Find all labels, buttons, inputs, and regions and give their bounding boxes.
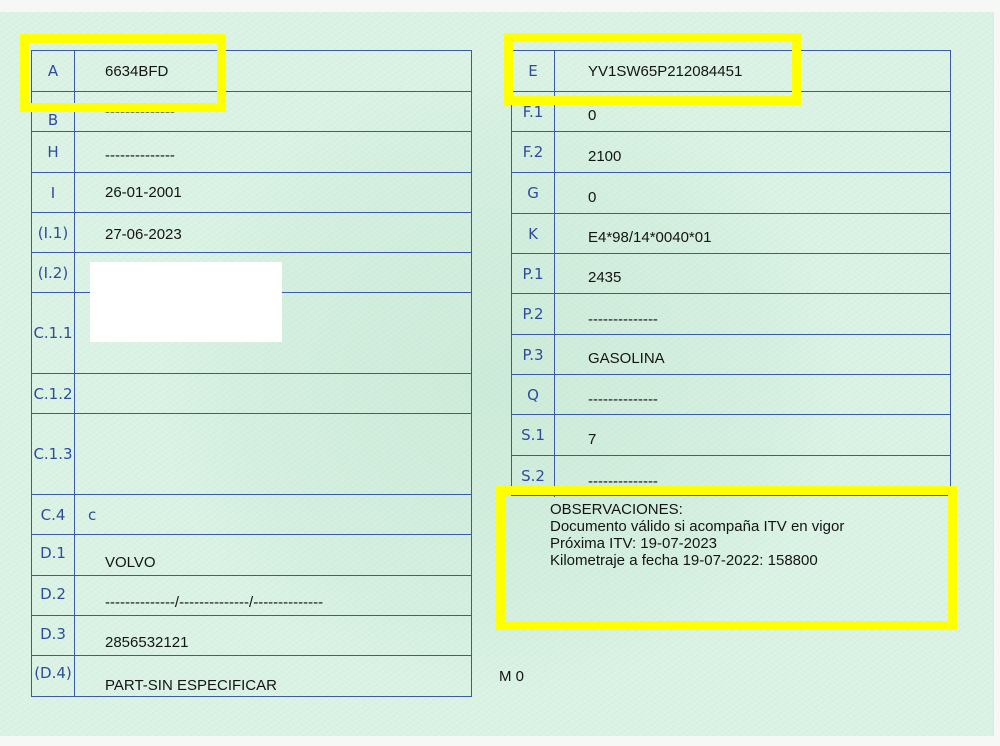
field-code: (I.2): [32, 253, 75, 292]
field-code: S.1: [512, 415, 555, 455]
field-row-h: H --------------: [32, 132, 471, 173]
footer-code: M 0: [499, 668, 524, 685]
redacted-owner-block: [90, 262, 282, 342]
field-value: 2100: [588, 132, 950, 172]
field-code: D.1: [32, 535, 75, 575]
field-value: VOLVO: [105, 535, 471, 575]
field-row-p1: P.1 2435: [512, 254, 950, 294]
field-row-p2: P.2 --------------: [512, 294, 950, 335]
field-row-s1: S.1 7: [512, 415, 950, 456]
right-fields-table: E YV1SW65P212084451 F.1 0 F.2 2100 G 0 K…: [511, 50, 951, 496]
highlight-observations-box: [496, 486, 957, 630]
field-value: 2435: [588, 254, 950, 293]
field-value: GASOLINA: [588, 335, 950, 374]
field-code: P.2: [512, 294, 555, 334]
field-row-i: I 26-01-2001: [32, 173, 471, 213]
field-row-f2: F.2 2100: [512, 132, 950, 173]
field-value: 7: [588, 415, 950, 455]
field-code: C.1.3: [32, 414, 75, 494]
field-code: F.2: [512, 132, 555, 172]
field-code: C.1.1: [32, 293, 75, 373]
field-value: --------------/--------------/----------…: [105, 576, 471, 615]
field-row-g: G 0: [512, 173, 950, 214]
field-code: D.2: [32, 576, 75, 615]
field-row-i1: (I.1) 27-06-2023: [32, 213, 471, 253]
field-code: P.1: [512, 254, 555, 293]
field-code: H: [32, 132, 75, 172]
field-row-c13: C.1.3: [32, 414, 471, 495]
field-value: c: [88, 495, 471, 534]
highlight-vin-box: [504, 33, 801, 105]
field-row-c4: C.4 c: [32, 495, 471, 535]
field-code: K: [512, 214, 555, 253]
field-value: [105, 374, 471, 413]
field-code: D.3: [32, 616, 75, 655]
field-row-k: K E4*98/14*0040*01: [512, 214, 950, 254]
field-code: C.4: [32, 495, 75, 534]
field-value: 27-06-2023: [105, 213, 471, 252]
left-fields-table: A 6634BFD B -------------- H -----------…: [31, 50, 472, 697]
field-value: PART-SIN ESPECIFICAR: [105, 656, 471, 697]
field-code: (D.4): [32, 656, 75, 697]
field-code: (I.1): [32, 213, 75, 252]
field-row-c12: C.1.2: [32, 374, 471, 414]
field-value: --------------: [588, 294, 950, 334]
field-row-p3: P.3 GASOLINA: [512, 335, 950, 375]
field-value: --------------: [105, 132, 471, 172]
field-value: E4*98/14*0040*01: [588, 214, 950, 253]
field-code: G: [512, 173, 555, 213]
field-value: [105, 414, 471, 494]
field-value: --------------: [588, 375, 950, 414]
field-row-d3: D.3 2856532121: [32, 616, 471, 656]
field-value: 0: [588, 173, 950, 213]
field-code: C.1.2: [32, 374, 75, 413]
field-row-d2: D.2 --------------/--------------/------…: [32, 576, 471, 616]
field-value: 26-01-2001: [105, 173, 471, 212]
field-row-q: Q --------------: [512, 375, 950, 415]
field-value: 2856532121: [105, 616, 471, 655]
highlight-plate-box: [20, 34, 226, 112]
field-row-d1: D.1 VOLVO: [32, 535, 471, 576]
field-code: Q: [512, 375, 555, 414]
field-code: I: [32, 173, 75, 212]
field-row-d4: (D.4) PART-SIN ESPECIFICAR: [32, 656, 471, 697]
field-code: P.3: [512, 335, 555, 374]
